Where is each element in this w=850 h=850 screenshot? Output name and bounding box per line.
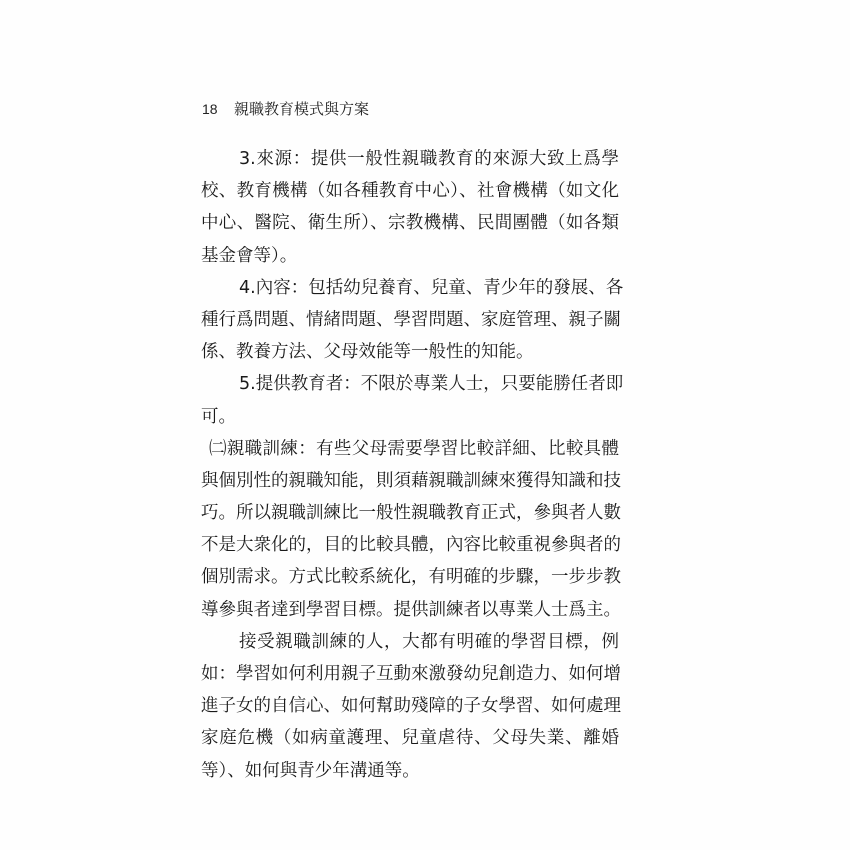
text-line: 校、教育機構（如各種教育中心）、社會機構（如文化	[201, 175, 619, 207]
text-line: 中心、醫院、衛生所）、宗教機構、民間團體（如各類	[201, 207, 619, 239]
book-page: 18親職教育模式與方案 3.來源：提供一般性親職教育的來源大致上爲學校、教育機構…	[0, 0, 850, 850]
text-line: 種行爲問題、情緒問題、學習問題、家庭管理、親子關	[201, 304, 619, 336]
text-line: 3.來源：提供一般性親職教育的來源大致上爲學	[201, 143, 619, 175]
text-line: 可。	[201, 401, 619, 433]
text-line: 家庭危機（如病童護理、兒童虐待、父母失業、離婚	[201, 722, 619, 754]
text-line: 5.提供教育者：不限於專業人士，只要能勝任者即	[201, 368, 619, 400]
text-line: 與個別性的親職知能，則須藉親職訓練來獲得知識和技	[201, 465, 619, 497]
running-header: 18親職教育模式與方案	[202, 98, 369, 120]
text-line: 不是大衆化的，目的比較具體，內容比較重視參與者的	[201, 529, 619, 561]
text-line: 4.內容：包括幼兒養育、兒童、青少年的發展、各	[201, 272, 619, 304]
text-line: 係、教養方法、父母效能等一般性的知能。	[201, 336, 619, 368]
text-line: 導參與者達到學習目標。提供訓練者以專業人士爲主。	[201, 594, 619, 626]
text-line: 基金會等）。	[201, 240, 619, 272]
running-title: 親職教育模式與方案	[234, 100, 369, 118]
text-line: 巧。所以親職訓練比一般性親職教育正式，參與者人數	[201, 497, 619, 529]
text-line: 接受親職訓練的人，大都有明確的學習目標，例	[201, 626, 619, 658]
page-number: 18	[202, 98, 234, 120]
body-text: 3.來源：提供一般性親職教育的來源大致上爲學校、教育機構（如各種教育中心）、社會…	[201, 143, 619, 787]
text-line: ㈡親職訓練：有些父母需要學習比較詳細、比較具體	[201, 433, 619, 465]
text-line: 如：學習如何利用親子互動來激發幼兒創造力、如何增	[201, 658, 619, 690]
text-line: 進子女的自信心、如何幫助殘障的子女學習、如何處理	[201, 690, 619, 722]
text-line: 等）、如何與青少年溝通等。	[201, 755, 619, 787]
text-line: 個別需求。方式比較系統化，有明確的步驟，一步步教	[201, 561, 619, 593]
